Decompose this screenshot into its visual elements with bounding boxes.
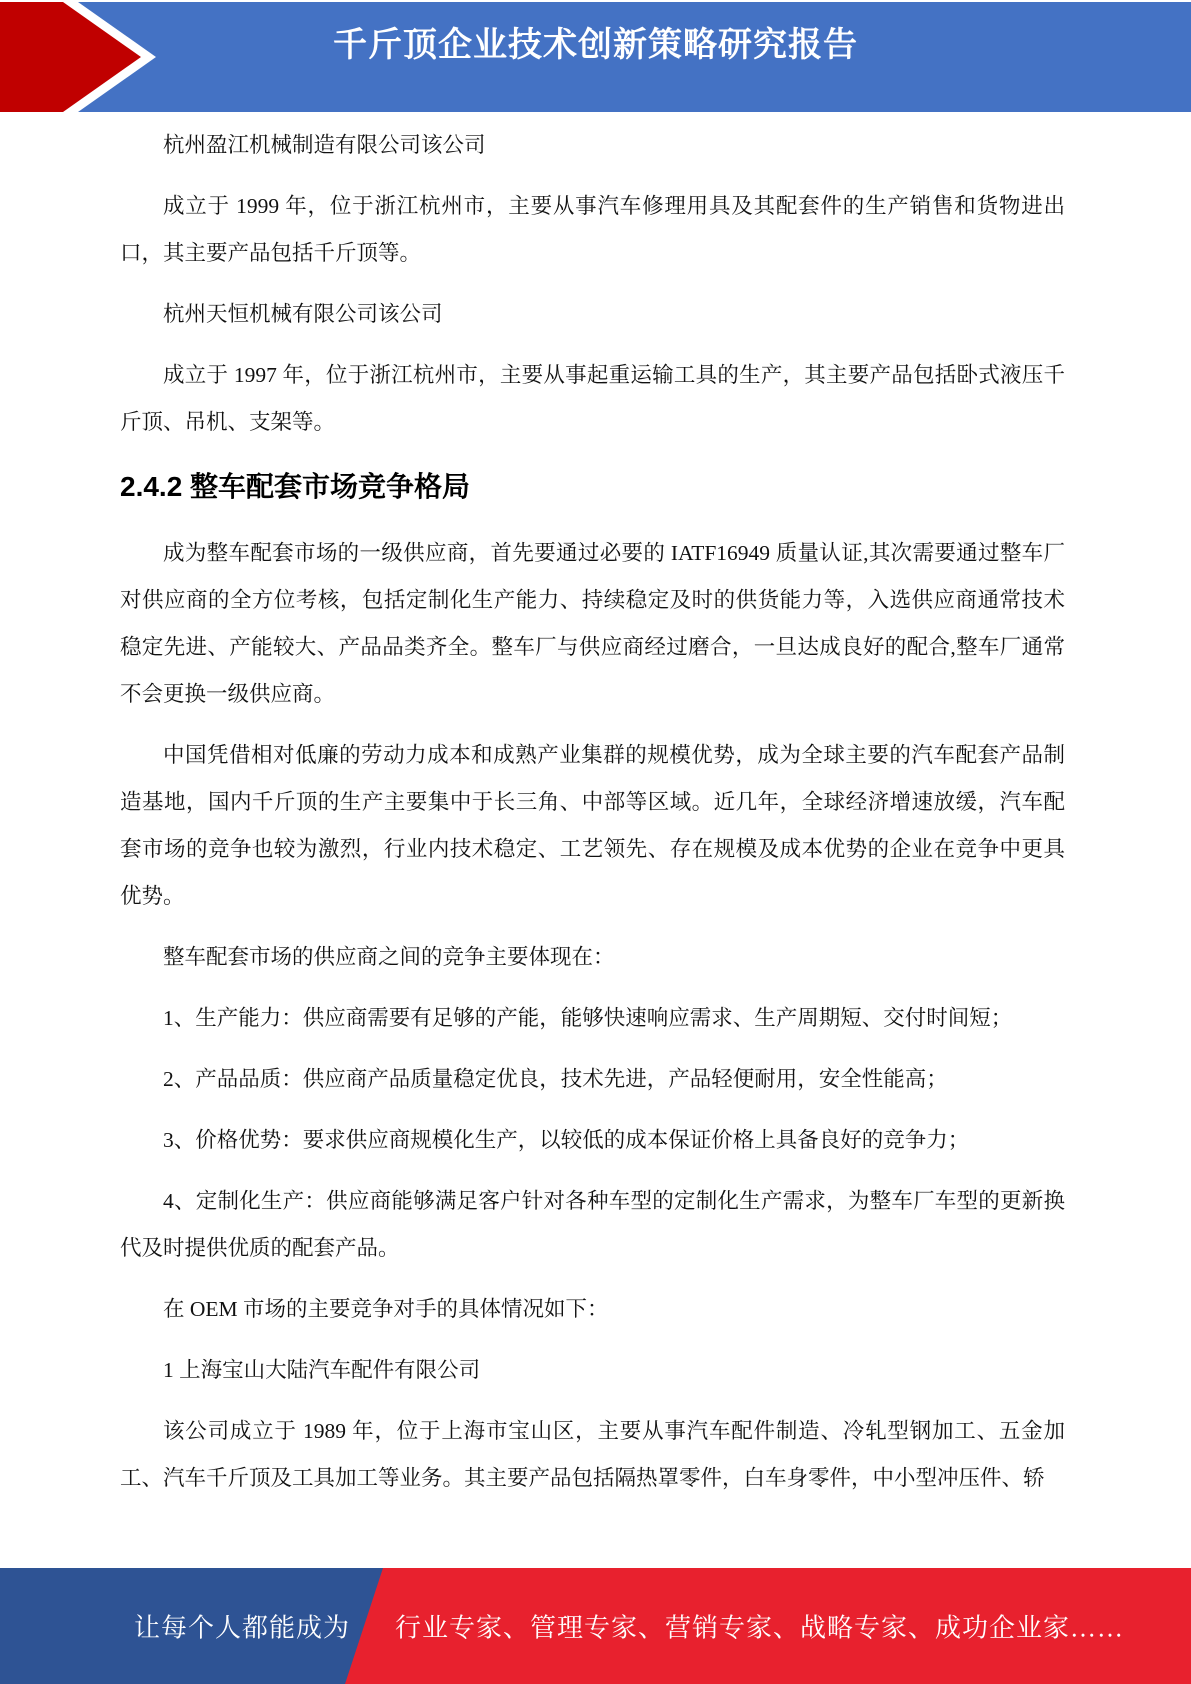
body-paragraph: 1 上海宝山大陆汽车配件有限公司 bbox=[120, 1347, 1065, 1394]
body-paragraph: 在 OEM 市场的主要竞争对手的具体情况如下： bbox=[120, 1286, 1065, 1333]
footer-slogan-left: 让每个人都能成为 bbox=[0, 1608, 350, 1645]
section-heading: 2.4.2 整车配套市场竞争格局 bbox=[120, 462, 1065, 512]
document-body: 杭州盈江机械制造有限公司该公司成立于 1999 年，位于浙江杭州市，主要从事汽车… bbox=[120, 122, 1065, 1516]
body-paragraph: 成为整车配套市场的一级供应商，首先要通过必要的 IATF16949 质量认证,其… bbox=[120, 530, 1065, 718]
body-paragraph: 中国凭借相对低廉的劳动力成本和成熟产业集群的规模优势，成为全球主要的汽车配套产品… bbox=[120, 732, 1065, 920]
body-paragraph: 成立于 1997 年，位于浙江杭州市，主要从事起重运输工具的生产，其主要产品包括… bbox=[120, 352, 1065, 446]
footer-slogan-right: 行业专家、管理专家、营销专家、战略专家、成功企业家…… bbox=[395, 1608, 1124, 1645]
body-paragraph: 该公司成立于 1989 年，位于上海市宝山区，主要从事汽车配件制造、冷轧型钢加工… bbox=[120, 1408, 1065, 1502]
body-paragraph: 杭州天恒机械有限公司该公司 bbox=[120, 291, 1065, 338]
body-paragraph: 整车配套市场的供应商之间的竞争主要体现在： bbox=[120, 934, 1065, 981]
body-paragraph: 3、价格优势：要求供应商规模化生产，以较低的成本保证价格上具备良好的竞争力； bbox=[120, 1117, 1065, 1164]
body-paragraph: 杭州盈江机械制造有限公司该公司 bbox=[120, 122, 1065, 169]
body-paragraph: 1、生产能力：供应商需要有足够的产能，能够快速响应需求、生产周期短、交付时间短； bbox=[120, 995, 1065, 1042]
report-title: 千斤顶企业技术创新策略研究报告 bbox=[0, 24, 1191, 66]
body-paragraph: 4、定制化生产：供应商能够满足客户针对各种车型的定制化生产需求，为整车厂车型的更… bbox=[120, 1178, 1065, 1272]
header-banner: 千斤顶企业技术创新策略研究报告 bbox=[0, 2, 1191, 112]
footer-banner: 让每个人都能成为 行业专家、管理专家、营销专家、战略专家、成功企业家…… bbox=[0, 1568, 1191, 1684]
report-page: 千斤顶企业技术创新策略研究报告 杭州盈江机械制造有限公司该公司成立于 1999 … bbox=[0, 0, 1191, 1684]
body-paragraph: 2、产品品质：供应商产品质量稳定优良，技术先进，产品轻便耐用，安全性能高； bbox=[120, 1056, 1065, 1103]
body-paragraph: 成立于 1999 年，位于浙江杭州市，主要从事汽车修理用具及其配套件的生产销售和… bbox=[120, 183, 1065, 277]
